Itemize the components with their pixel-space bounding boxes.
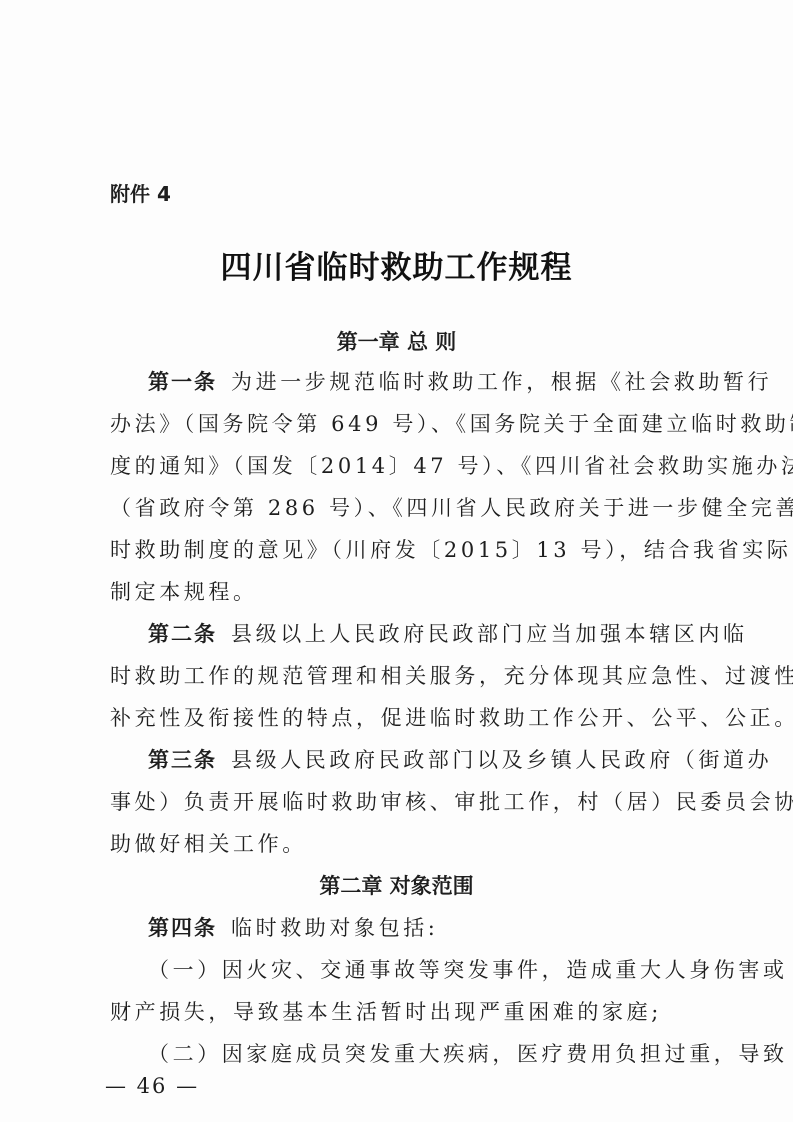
article-2-line-2: 时救助工作的规范管理和相关服务，充分体现其应急性、过渡性、 (110, 660, 793, 690)
article-1-line-1: 第一条为进一步规范临时救助工作，根据《社会救助暂行 (148, 366, 772, 396)
article-4-item-1-line-1: （一）因火灾、交通事故等突发事件，造成重大人身伤害或 (148, 954, 788, 984)
article-3-line-2: 事处）负责开展临时救助审核、审批工作，村（居）民委员会协 (110, 786, 793, 816)
page-number: — 46 — (105, 1074, 199, 1098)
article-4-item-2-line-1: （二）因家庭成员突发重大疾病，医疗费用负担过重，导致 (148, 1038, 788, 1068)
article-1-line-4: （省政府令第 286 号）、《四川省人民政府关于进一步健全完善临 (110, 492, 793, 522)
article-1-line-5: 时救助制度的意见》（川府发〔2015〕13 号），结合我省实际， (110, 534, 793, 564)
article-3-label: 第三条 (148, 748, 217, 772)
article-1-label: 第一条 (148, 370, 217, 394)
chapter-1-heading: 第一章 总 则 (0, 326, 793, 356)
article-3-line-3: 助做好相关工作。 (110, 828, 307, 858)
article-4-item-1-line-2: 财产损失，导致基本生活暂时出现严重困难的家庭; (110, 996, 662, 1026)
document-title: 四川省临时救助工作规程 (0, 242, 793, 287)
attachment-label: 附件 4 (110, 178, 171, 207)
article-3-line-1: 第三条县级人民政府民政部门以及乡镇人民政府（街道办 (148, 744, 772, 774)
article-4-label: 第四条 (148, 916, 217, 940)
article-1-line-2: 办法》（国务院令第 649 号）、《国务院关于全面建立临时救助制 (110, 408, 793, 438)
chapter-2-heading: 第二章 对象范围 (0, 870, 793, 900)
article-2-line-1: 第二条县级以上人民政府民政部门应当加强本辖区内临 (148, 618, 748, 648)
article-2-label: 第二条 (148, 622, 217, 646)
article-1-line-6: 制定本规程。 (110, 576, 258, 606)
article-1-line-3: 度的通知》（国发〔2014〕47 号）、《四川省社会救助实施办法》 (110, 450, 793, 480)
article-2-line-3: 补充性及衔接性的特点，促进临时救助工作公开、公平、公正。 (110, 702, 793, 732)
article-4-line-1: 第四条临时救助对象包括: (148, 912, 438, 942)
